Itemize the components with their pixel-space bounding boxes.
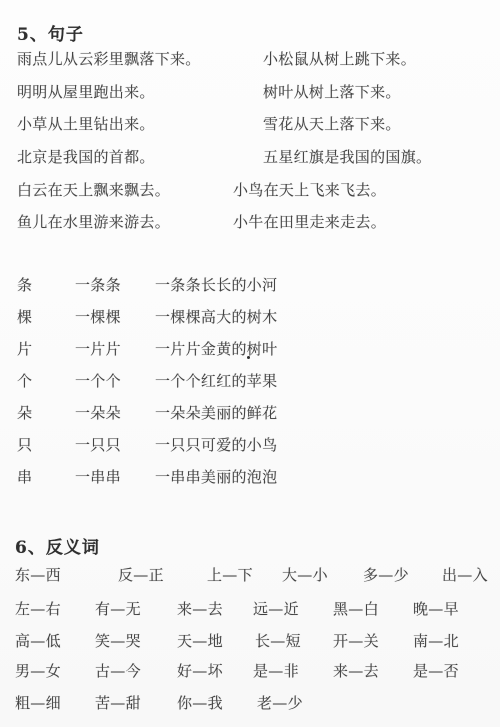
sentence-left: 白云在天上飘来飘去。 bbox=[17, 182, 170, 199]
sentence-right: 小牛在田里走来走去。 bbox=[233, 214, 386, 231]
sentence-right: 雪花从天上落下来。 bbox=[263, 116, 401, 133]
antonym-pair: 长—短 bbox=[255, 633, 301, 650]
measure-redup: 一条条 bbox=[75, 277, 121, 294]
sentence-left: 明明从屋里跑出来。 bbox=[17, 84, 155, 101]
measure-char: 串 bbox=[17, 469, 32, 486]
sentence-right: 树叶从树上落下来。 bbox=[263, 84, 401, 101]
antonym-pair: 古—今 bbox=[95, 663, 141, 680]
measure-char: 片 bbox=[17, 341, 32, 358]
antonym-pair: 来—去 bbox=[177, 601, 223, 618]
sentence-left: 北京是我国的首都。 bbox=[17, 149, 155, 166]
antonym-pair: 黑—白 bbox=[333, 601, 379, 618]
sentence-left: 雨点儿从云彩里飘落下来。 bbox=[17, 51, 201, 68]
antonym-pair: 是—否 bbox=[413, 663, 459, 680]
antonym-pair: 有—无 bbox=[95, 601, 141, 618]
antonym-pair: 好—坏 bbox=[177, 663, 223, 680]
antonym-pair: 反—正 bbox=[118, 567, 164, 584]
measure-redup: 一只只 bbox=[75, 437, 121, 454]
measure-redup: 一串串 bbox=[75, 469, 121, 486]
measure-redup: 一棵棵 bbox=[75, 309, 121, 326]
measure-phrase: 一条条长长的小河 bbox=[155, 277, 277, 294]
antonym-pair: 男—女 bbox=[15, 663, 61, 680]
measure-phrase: 一片片金黄的树叶 bbox=[155, 341, 277, 358]
measure-phrase: 一只只可爱的小鸟 bbox=[155, 437, 277, 454]
antonym-pair: 老—少 bbox=[257, 695, 303, 712]
measure-char: 棵 bbox=[17, 309, 32, 326]
measure-char: 只 bbox=[17, 437, 32, 454]
antonym-pair: 苦—甜 bbox=[95, 695, 141, 712]
antonym-pair: 出—入 bbox=[442, 567, 488, 584]
sentence-left: 小草从土里钻出来。 bbox=[17, 116, 155, 133]
antonym-pair: 来—去 bbox=[333, 663, 379, 680]
measure-redup: 一片片 bbox=[75, 341, 121, 358]
measure-phrase: 一棵棵高大的树木 bbox=[155, 309, 277, 326]
measure-redup: 一个个 bbox=[75, 373, 121, 390]
stray-dot-artifact bbox=[247, 356, 250, 359]
antonym-pair: 大—小 bbox=[282, 567, 328, 584]
section-heading-sentences: 5、句子 bbox=[17, 20, 84, 45]
measure-char: 条 bbox=[17, 277, 32, 294]
antonym-pair: 天—地 bbox=[177, 633, 223, 650]
antonym-pair: 东—西 bbox=[15, 567, 61, 584]
measure-char: 个 bbox=[17, 373, 32, 390]
measure-redup: 一朵朵 bbox=[75, 405, 121, 422]
antonym-pair: 笑—哭 bbox=[95, 633, 141, 650]
antonym-pair: 南—北 bbox=[413, 633, 459, 650]
antonym-pair: 晚—早 bbox=[413, 601, 459, 618]
antonym-pair: 左—右 bbox=[15, 601, 61, 618]
antonym-pair: 高—低 bbox=[15, 633, 61, 650]
antonym-pair: 上—下 bbox=[207, 567, 253, 584]
measure-char: 朵 bbox=[17, 405, 32, 422]
measure-phrase: 一个个红红的苹果 bbox=[155, 373, 277, 390]
antonym-pair: 远—近 bbox=[253, 601, 299, 618]
sentence-right: 五星红旗是我国的国旗。 bbox=[263, 149, 431, 166]
antonym-pair: 粗—细 bbox=[15, 695, 61, 712]
antonym-pair: 多—少 bbox=[363, 567, 409, 584]
measure-phrase: 一串串美丽的泡泡 bbox=[155, 469, 277, 486]
antonym-pair: 开—关 bbox=[333, 633, 379, 650]
section-heading-antonyms: 6、反义词 bbox=[15, 533, 100, 558]
antonym-pair: 你—我 bbox=[177, 695, 223, 712]
measure-phrase: 一朵朵美丽的鲜花 bbox=[155, 405, 277, 422]
antonym-pair: 是—非 bbox=[253, 663, 299, 680]
sentence-left: 鱼儿在水里游来游去。 bbox=[17, 214, 170, 231]
sentence-right: 小松鼠从树上跳下来。 bbox=[263, 51, 416, 68]
sentence-right: 小鸟在天上飞来飞去。 bbox=[233, 182, 386, 199]
study-sheet-page: 5、句子 雨点儿从云彩里飘落下来。 小松鼠从树上跳下来。 明明从屋里跑出来。 树… bbox=[0, 0, 500, 727]
